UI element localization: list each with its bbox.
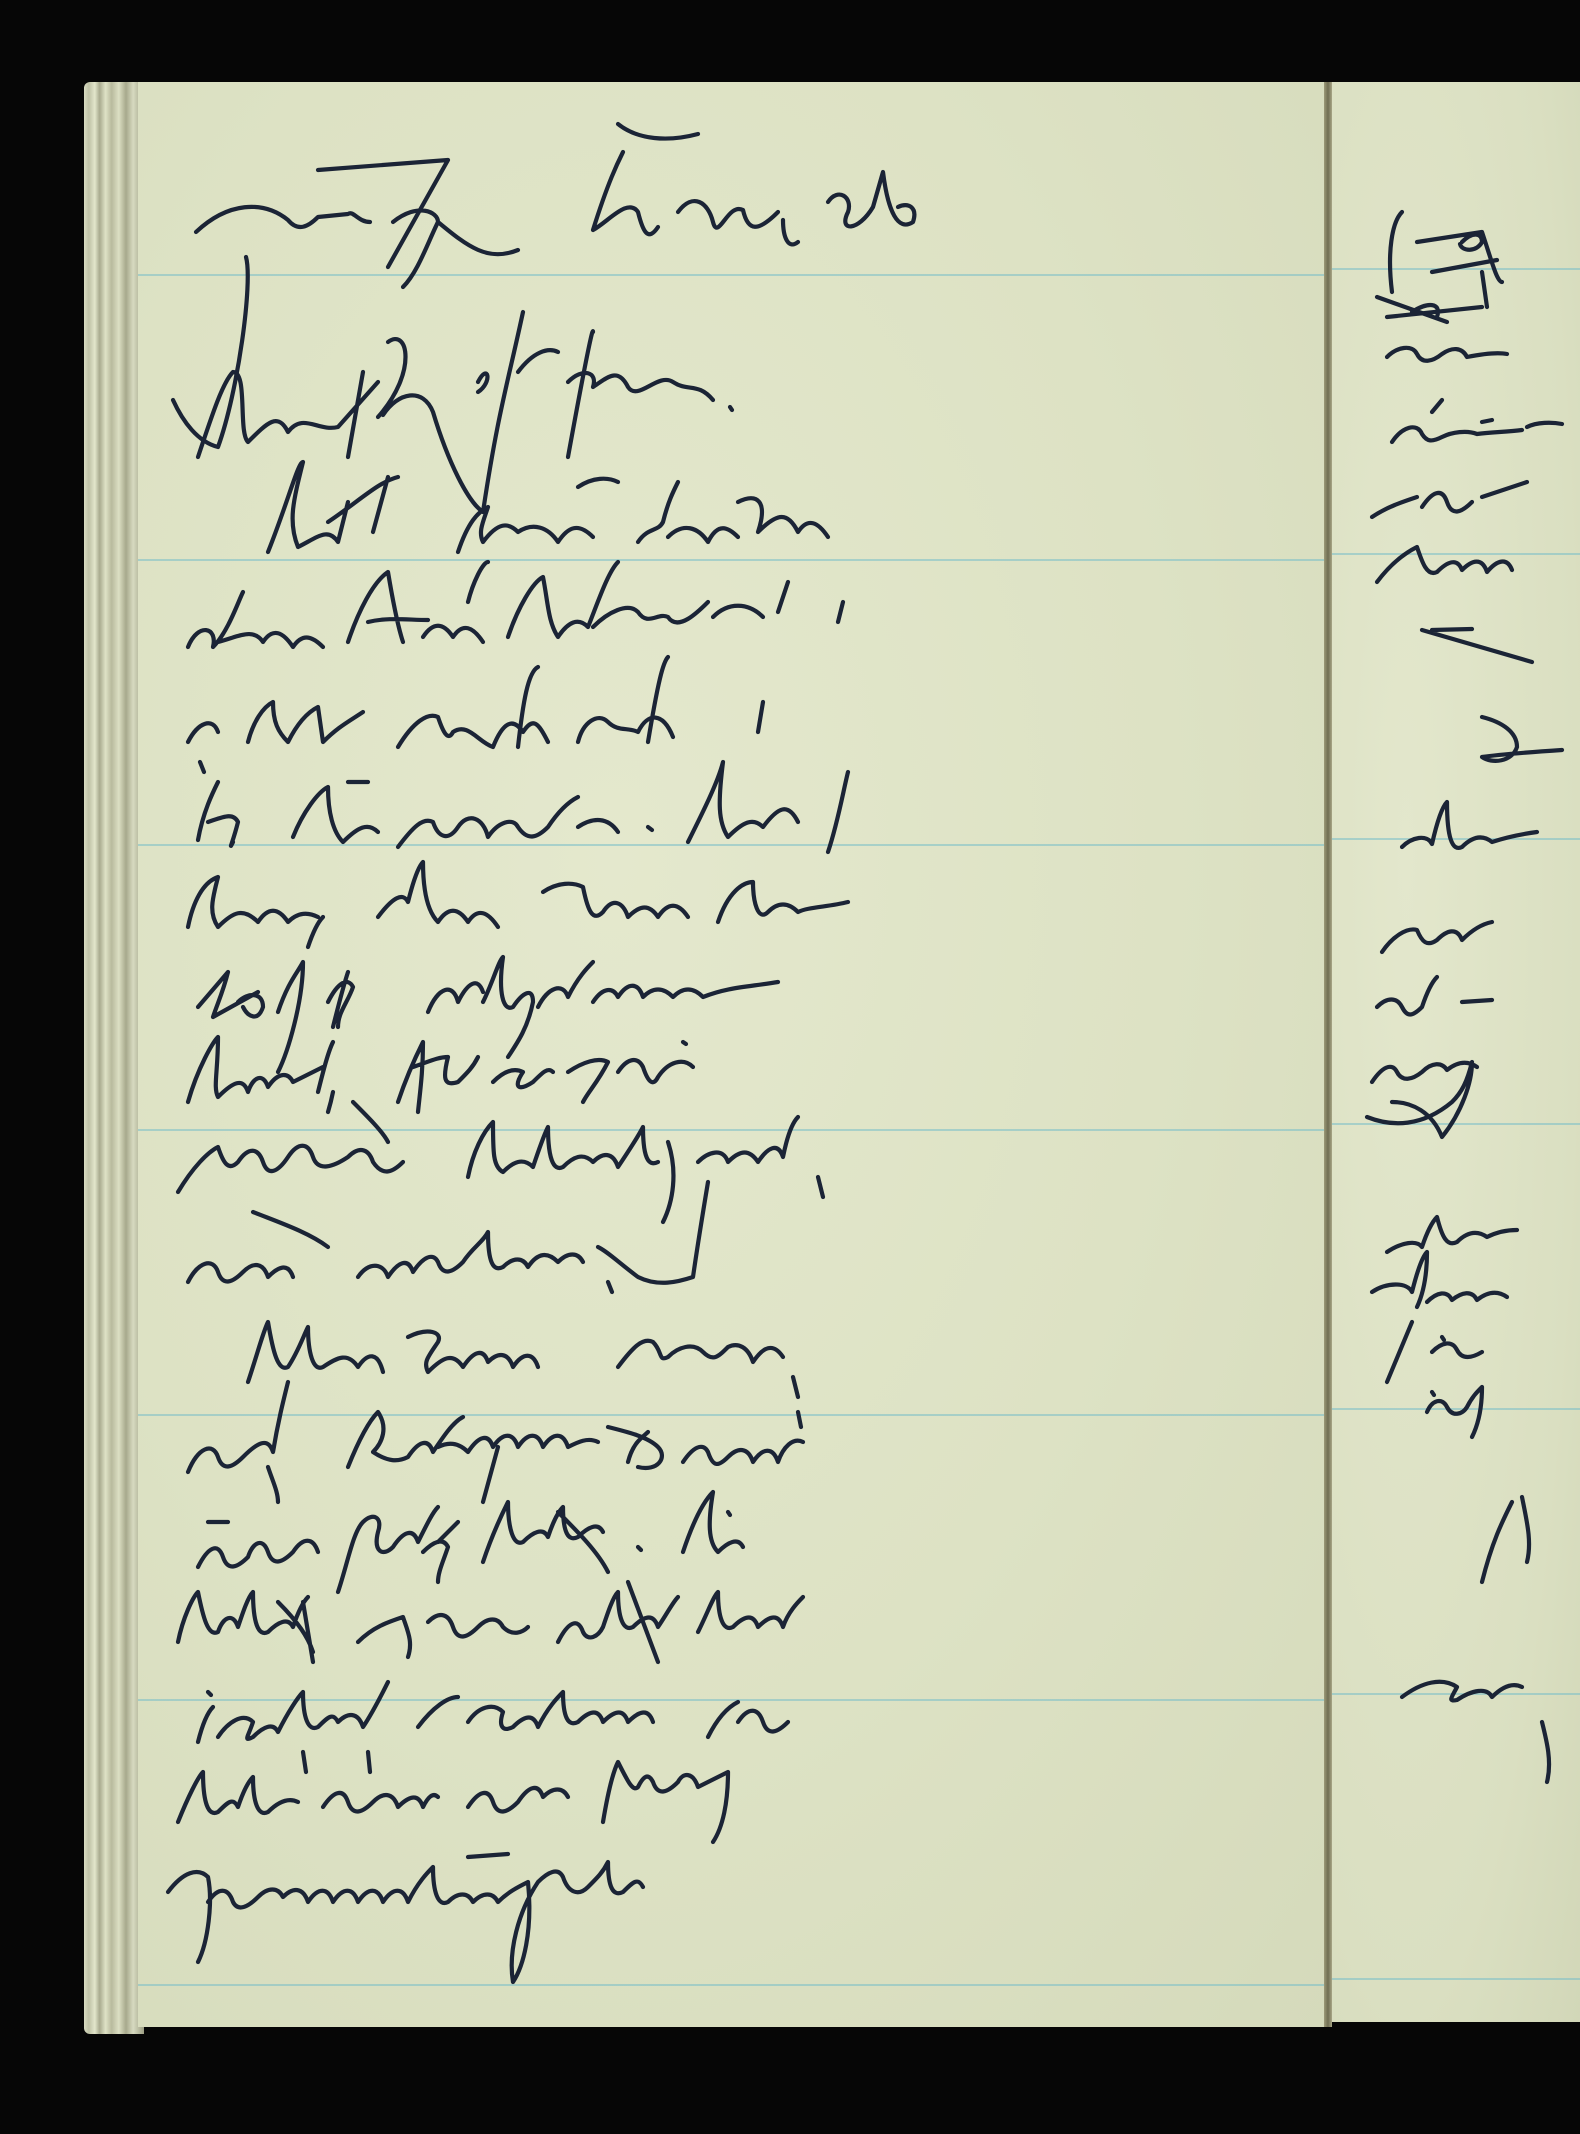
handwriting-right	[1332, 82, 1580, 2022]
handwriting-left	[138, 82, 1328, 2027]
page-stack-edge	[84, 82, 144, 2034]
left-page: sätzen die uns als gesetzt gelten. Das E…	[138, 82, 1328, 2027]
right-page: Sätz… Sät… an dem sie kann… D… den ind… …	[1332, 82, 1580, 2022]
gutter-fold	[1324, 82, 1332, 2027]
